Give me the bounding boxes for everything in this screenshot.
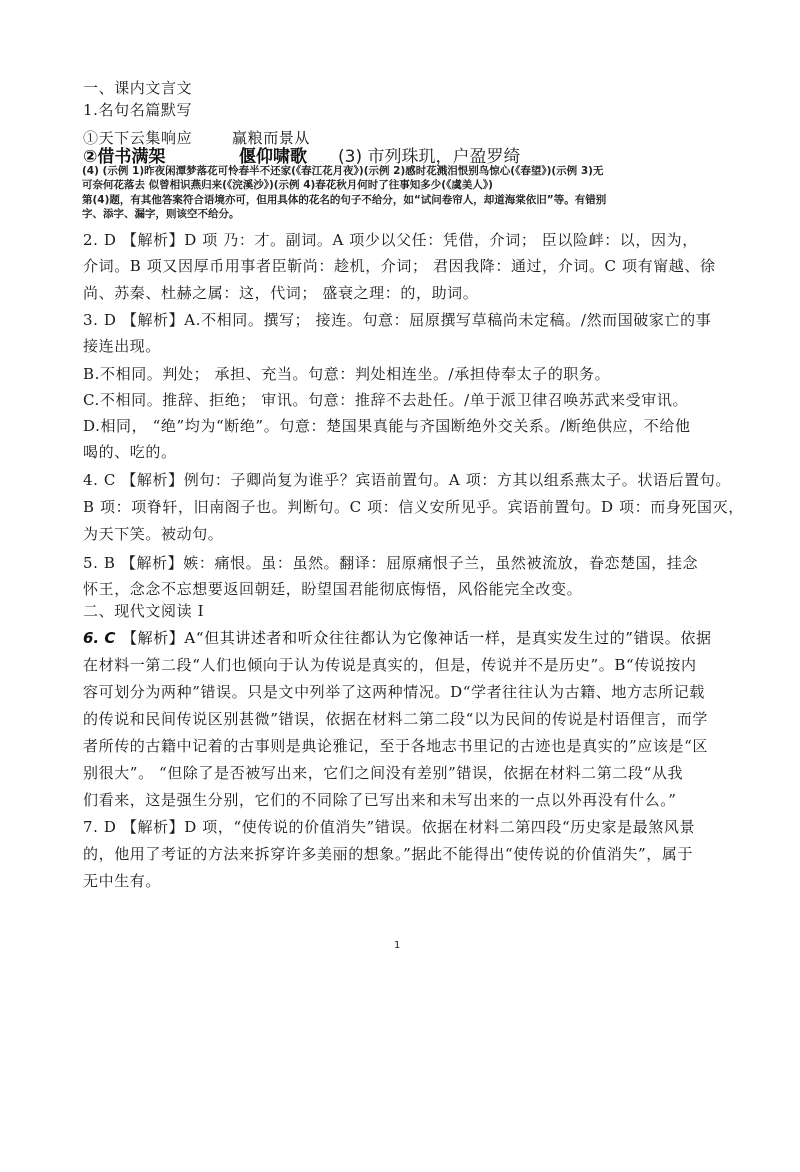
q4-line: B 项：项脊轩，旧南阁子也。判断句。C 项：信义安所见乎。宾语前置句。D 项：而… (83, 497, 744, 517)
q6-line: 在材料一第二段“人们也倾向于认为传说是真实的，但是，传说并不是历史”。B“传说按… (83, 655, 697, 675)
page-number: 1 (394, 940, 400, 951)
q3-line: 3. D 【解析】A.不相同。撰写； 接连。句意：屈原撰写草稿尚未定稿。/然而国… (83, 310, 711, 330)
q3-line: B.不相同。判处； 承担、充当。句意：判处相连坐。/承担侍奉太子的职务。 (83, 364, 610, 384)
q6-line: 们看来，这是强生分别，它们的不同除了已写出来和未写出来的一点以外再没有什么。” (83, 790, 677, 810)
q1-answer-1b: 赢粮而景从 (232, 128, 310, 148)
q1-answer-1a: ①天下云集响应 (83, 128, 192, 148)
q2-line: 介词。B 项又因厚币用事者臣靳尚：趁机，介词； 君因我降：通过，介词。C 项有甯… (83, 256, 716, 276)
q3-line: D.相同， “绝”均为“断绝”。句意：楚国果真能与齐国断绝外交关系。/断绝供应，… (83, 416, 691, 436)
q2-line: 尚、苏秦、杜赫之属：这，代词； 盛衰之理：的，助词。 (83, 283, 478, 303)
q6-line: 的传说和民间传说区别甚微”错误，依据在材料二第二段“以为民间的传说是村语俚言，而… (83, 709, 708, 729)
q6-label: 6. C (83, 628, 115, 648)
q5-line: 5. B 【解析】嫉：痛恨。虽：虽然。翻译：屈原痛恨子兰，虽然被流放，眷恋楚国，… (83, 553, 698, 573)
q4-line: 4. C 【解析】例句：子卿尚复为谁乎？宾语前置句。A 项：方其以组系燕太子。状… (83, 470, 731, 490)
q1-note-line2: 字、添字、漏字，则该空不给分。 (82, 207, 240, 221)
section-heading-modern-reading: 二、现代文阅读 I (83, 601, 204, 621)
q7-line: 的，他用了考证的方法来拆穿许多美丽的想象。”据此不能得出“使传说的价值消失”，属… (83, 844, 693, 864)
q3-line: 接连出现。 (83, 336, 161, 356)
q1-answer-4-line2: 可奈何花落去 似曾相识燕归来(《浣溪沙》)(示例 4)春花秋月何时了往事知多少(… (82, 178, 493, 192)
q7-line: 无中生有。 (83, 871, 161, 891)
question-1-title: 1.名句名篇默写 (83, 100, 192, 120)
q4-line: 为天下笑。被动句。 (83, 524, 223, 544)
q6-line: 容可划分为两种”错误。只是文中列举了这两种情况。D“学者往往认为古籍、地方志所记… (83, 682, 705, 702)
section-heading-classical-chinese: 一、课内文言文 (83, 78, 192, 98)
q7-line: 7. D 【解析】D 项，“使传说的价值消失”错误。依据在材料二第四段“历史家是… (83, 817, 695, 837)
q6-line: 别很大”。 “但除了是否被写出来，它们之间没有差别”错误，依据在材料二第二段“从… (83, 763, 683, 783)
q1-answer-4-line1: (4) (示例 1)昨夜闲潭梦落花可怜春半不还家(《春江花月夜》)(示例 2)感… (82, 164, 603, 178)
q3-line: C.不相同。推辞、拒绝； 审讯。句意：推辞不去赴任。/单于派卫律召唤苏武来受审讯… (83, 390, 688, 410)
q6-line: 【解析】A“但其讲述者和听众往往都认为它像神话一样，是真实发生过的”错误。依据 (122, 628, 712, 648)
q3-line: 喝的、吃的。 (83, 442, 177, 462)
q1-note-line1: 第(4)题，有其他答案符合语境亦可，但用具体的花名的句子不给分，如“试问卷帘人，… (82, 193, 606, 207)
document-page: 一、课内文言文 1.名句名篇默写 ①天下云集响应 赢粮而景从 ②借书满架 偃仰啸… (0, 0, 800, 1172)
q5-line: 怀王，念念不忘想要返回朝廷，盼望国君能彻底悔悟，风俗能完全改变。 (83, 579, 582, 599)
q2-line: 2. D 【解析】D 项 乃：才。副词。A 项少以父任：凭借，介词； 臣以险衅：… (83, 230, 698, 250)
q6-line: 者所传的古籍中记着的古事则是典论雅记，至于各地志书里记的古迹也是真实的”应该是“… (83, 736, 708, 756)
